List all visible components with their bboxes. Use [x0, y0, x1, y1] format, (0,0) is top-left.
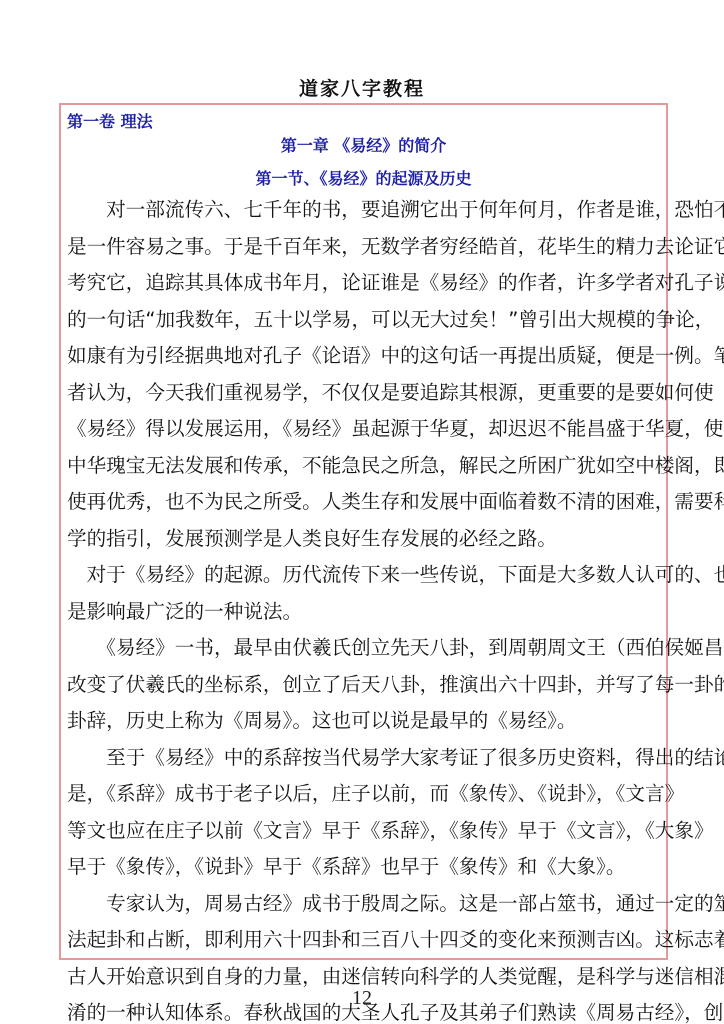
text-line: 早于《象传》，《说卦》早于《系辞》也早于《象传》和《大象》。: [67, 849, 662, 886]
text-line: 的一句话“加我数年，五十以学易，可以无大过矣！”曾引出大规模的争论，: [67, 302, 662, 339]
text-line: 对于《易经》的起源。历代流传下来一些传说，下面是大多数人认可的、也: [67, 557, 662, 594]
body-text: 对一部流传六、七千年的书，要追溯它出于何年何月，作者是谁，恐怕不 是一件容易之事…: [67, 192, 662, 1024]
text-line: 法起卦和占断，即利用六十四卦和三百八十四爻的变化来预测吉凶。这标志着: [67, 922, 662, 959]
section-heading: 第一节、《易经》的起源及历史: [61, 166, 666, 189]
document-title: 道家八字教程: [0, 74, 724, 101]
text-line: 等文也应在庄子以前《文言》早于《系辞》，《象传》早于《文言》，《大象》: [67, 813, 662, 850]
text-line: 对一部流传六、七千年的书，要追溯它出于何年何月，作者是谁，恐怕不: [67, 192, 662, 229]
page-number: 12: [0, 987, 724, 1010]
text-line: 如康有为引经据典地对孔子《论语》中的这句话一再提出质疑，便是一例。笔: [67, 338, 662, 375]
text-line: 是影响最广泛的一种说法。: [67, 594, 662, 631]
text-line: 考究它，追踪其具体成书年月，论证谁是《易经》的作者，许多学者对孔子说: [67, 265, 662, 302]
text-line: 学的指引，发展预测学是人类良好生存发展的必经之路。: [67, 521, 662, 558]
text-line: 改变了伏羲氏的坐标系，创立了后天八卦，推演出六十四卦，并写了每一卦的: [67, 667, 662, 704]
text-line: 卦辞，历史上称为《周易》。这也可以说是最早的《易经》。: [67, 703, 662, 740]
text-line: 《易经》一书，最早由伏羲氏创立先天八卦，到周朝周文王（西伯侯姬昌）: [67, 630, 662, 667]
text-line: 是一件容易之事。于是千百年来，无数学者穷经皓首，花毕生的精力去论证它、: [67, 229, 662, 266]
text-line: 使再优秀，也不为民之所受。人类生存和发展中面临着数不清的困难，需要科: [67, 484, 662, 521]
text-line: 《易经》得以发展运用，《易经》虽起源于华夏，却迟迟不能昌盛于华夏，使: [67, 411, 662, 448]
volume-heading: 第一卷 理法: [67, 109, 153, 132]
text-line: 是，《系辞》成书于老子以后，庄子以前，而《象传》、《说卦》，《文言》: [67, 776, 662, 813]
content-frame: 第一卷 理法 第一章 《易经》的简介 第一节、《易经》的起源及历史 对一部流传六…: [59, 103, 668, 960]
text-line: 专家认为，周易古经》成书于殷周之际。这是一部占筮书，通过一定的筮: [67, 886, 662, 923]
text-line: 者认为，今天我们重视易学，不仅仅是要追踪其根源，更重要的是要如何使: [67, 375, 662, 412]
text-line: 中华瑰宝无法发展和传承，不能急民之所急，解民之所困广犹如空中楼阁，即: [67, 448, 662, 485]
text-line: 至于《易经》中的系辞按当代易学大家考证了很多历史资料，得出的结论: [67, 740, 662, 777]
chapter-heading: 第一章 《易经》的简介: [61, 133, 666, 156]
